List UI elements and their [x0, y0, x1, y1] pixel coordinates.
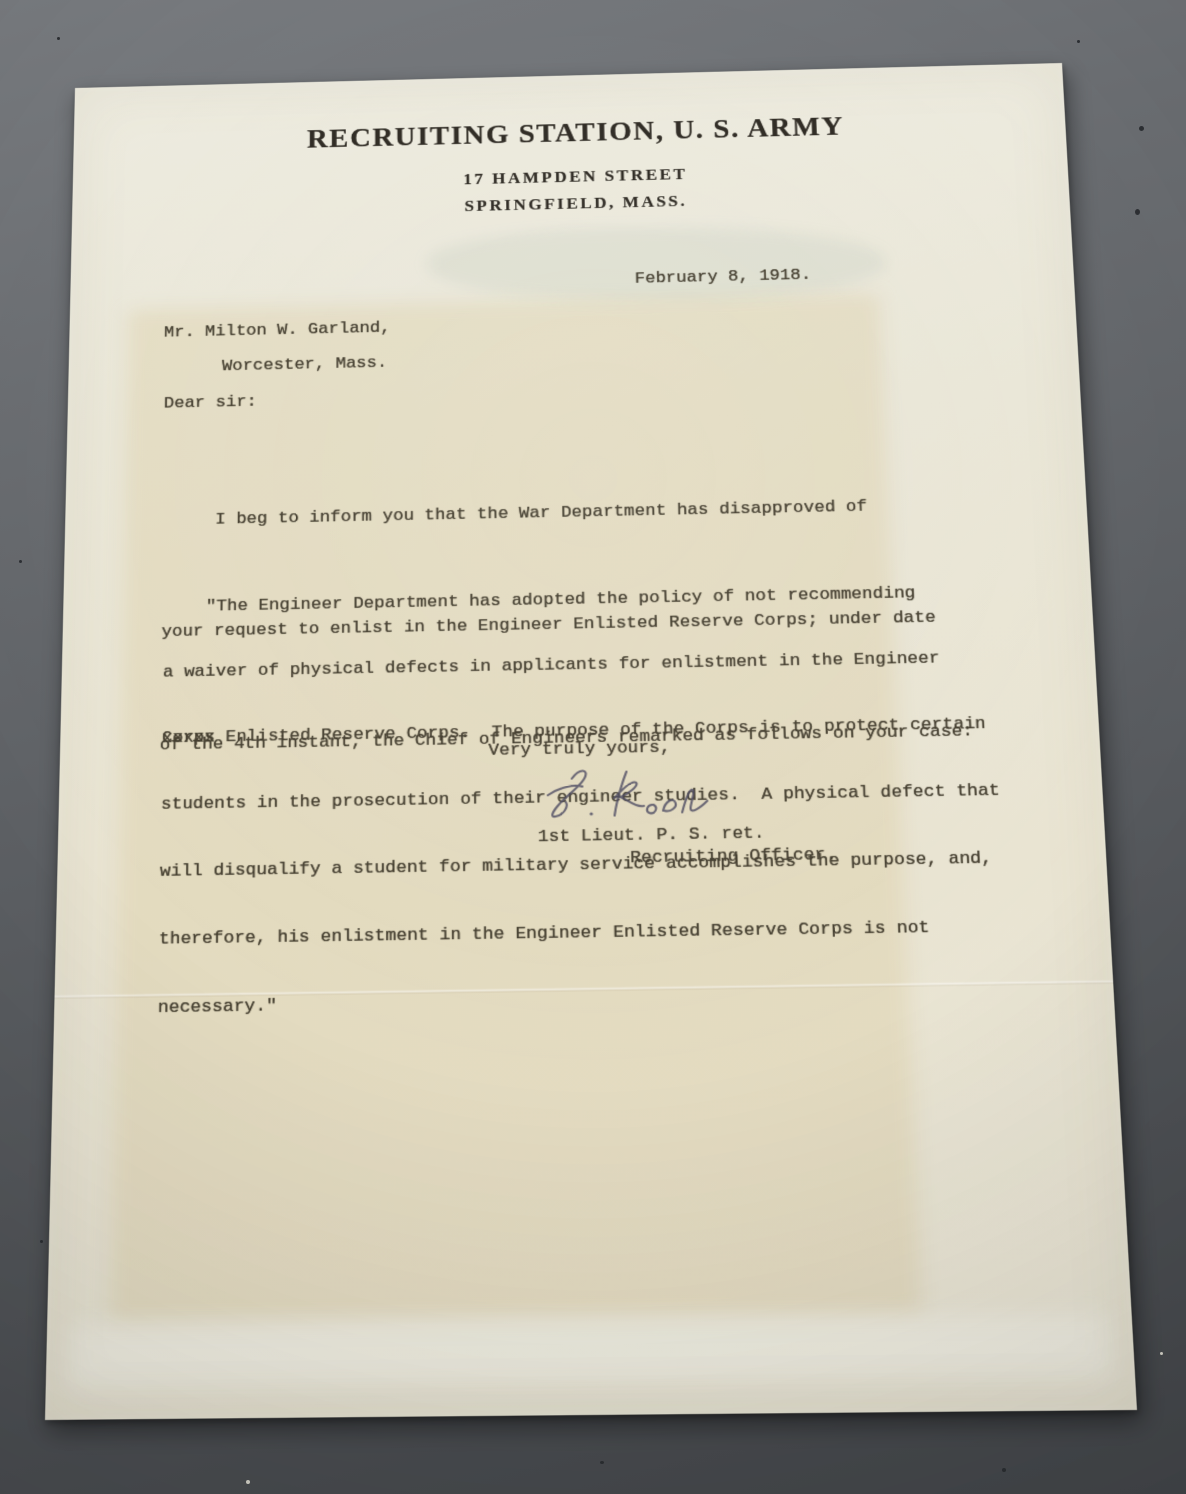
salutation: Dear sir: — [164, 393, 257, 413]
valediction: Very truly yours, — [488, 739, 670, 761]
dust-speck — [1135, 209, 1140, 215]
overstruck-word: Corpsxxxxx — [162, 727, 215, 750]
overtype-xs: xxxxx — [162, 727, 215, 750]
bottom-light-band — [67, 1314, 1112, 1388]
quote-line: will disqualify a student for military s… — [160, 848, 1004, 884]
dust-speck — [19, 560, 22, 563]
letterhead-title: RECRUITING STATION, U. S. ARMY — [73, 107, 1082, 159]
dust-speck — [1002, 1468, 1006, 1472]
signoff-rank: 1st Lieut. P. S. ret. — [538, 824, 765, 847]
dust-speck — [600, 1461, 604, 1464]
dust-speck — [40, 1240, 43, 1243]
dust-speck — [57, 37, 60, 40]
quote-line: a waiver of physical defects in applican… — [163, 648, 994, 685]
dust-speck — [246, 1480, 250, 1484]
quote-line: "The Engineer Department has adopted the… — [164, 582, 991, 619]
dust-speck — [1139, 126, 1144, 131]
quote-line: necessary." — [158, 985, 1010, 1020]
letter-paper: RECRUITING STATION, U. S. ARMY 17 HAMPDE… — [45, 63, 1137, 1420]
signoff-title: Recruiting Officer. — [630, 846, 837, 869]
letterhead: RECRUITING STATION, U. S. ARMY 17 HAMPDE… — [72, 107, 1086, 225]
dust-speck — [1077, 40, 1080, 43]
handwritten-signature — [540, 761, 729, 829]
body-line: I beg to inform you that the War Departm… — [163, 487, 964, 540]
dust-speck — [1160, 1352, 1163, 1355]
photo-scene: RECRUITING STATION, U. S. ARMY 17 HAMPDE… — [0, 0, 1186, 1494]
quote-line: therefore, his enlistment in the Enginee… — [159, 916, 1007, 951]
recipient-city: Worcester, Mass. — [222, 354, 387, 376]
signature-strokes — [540, 761, 729, 829]
